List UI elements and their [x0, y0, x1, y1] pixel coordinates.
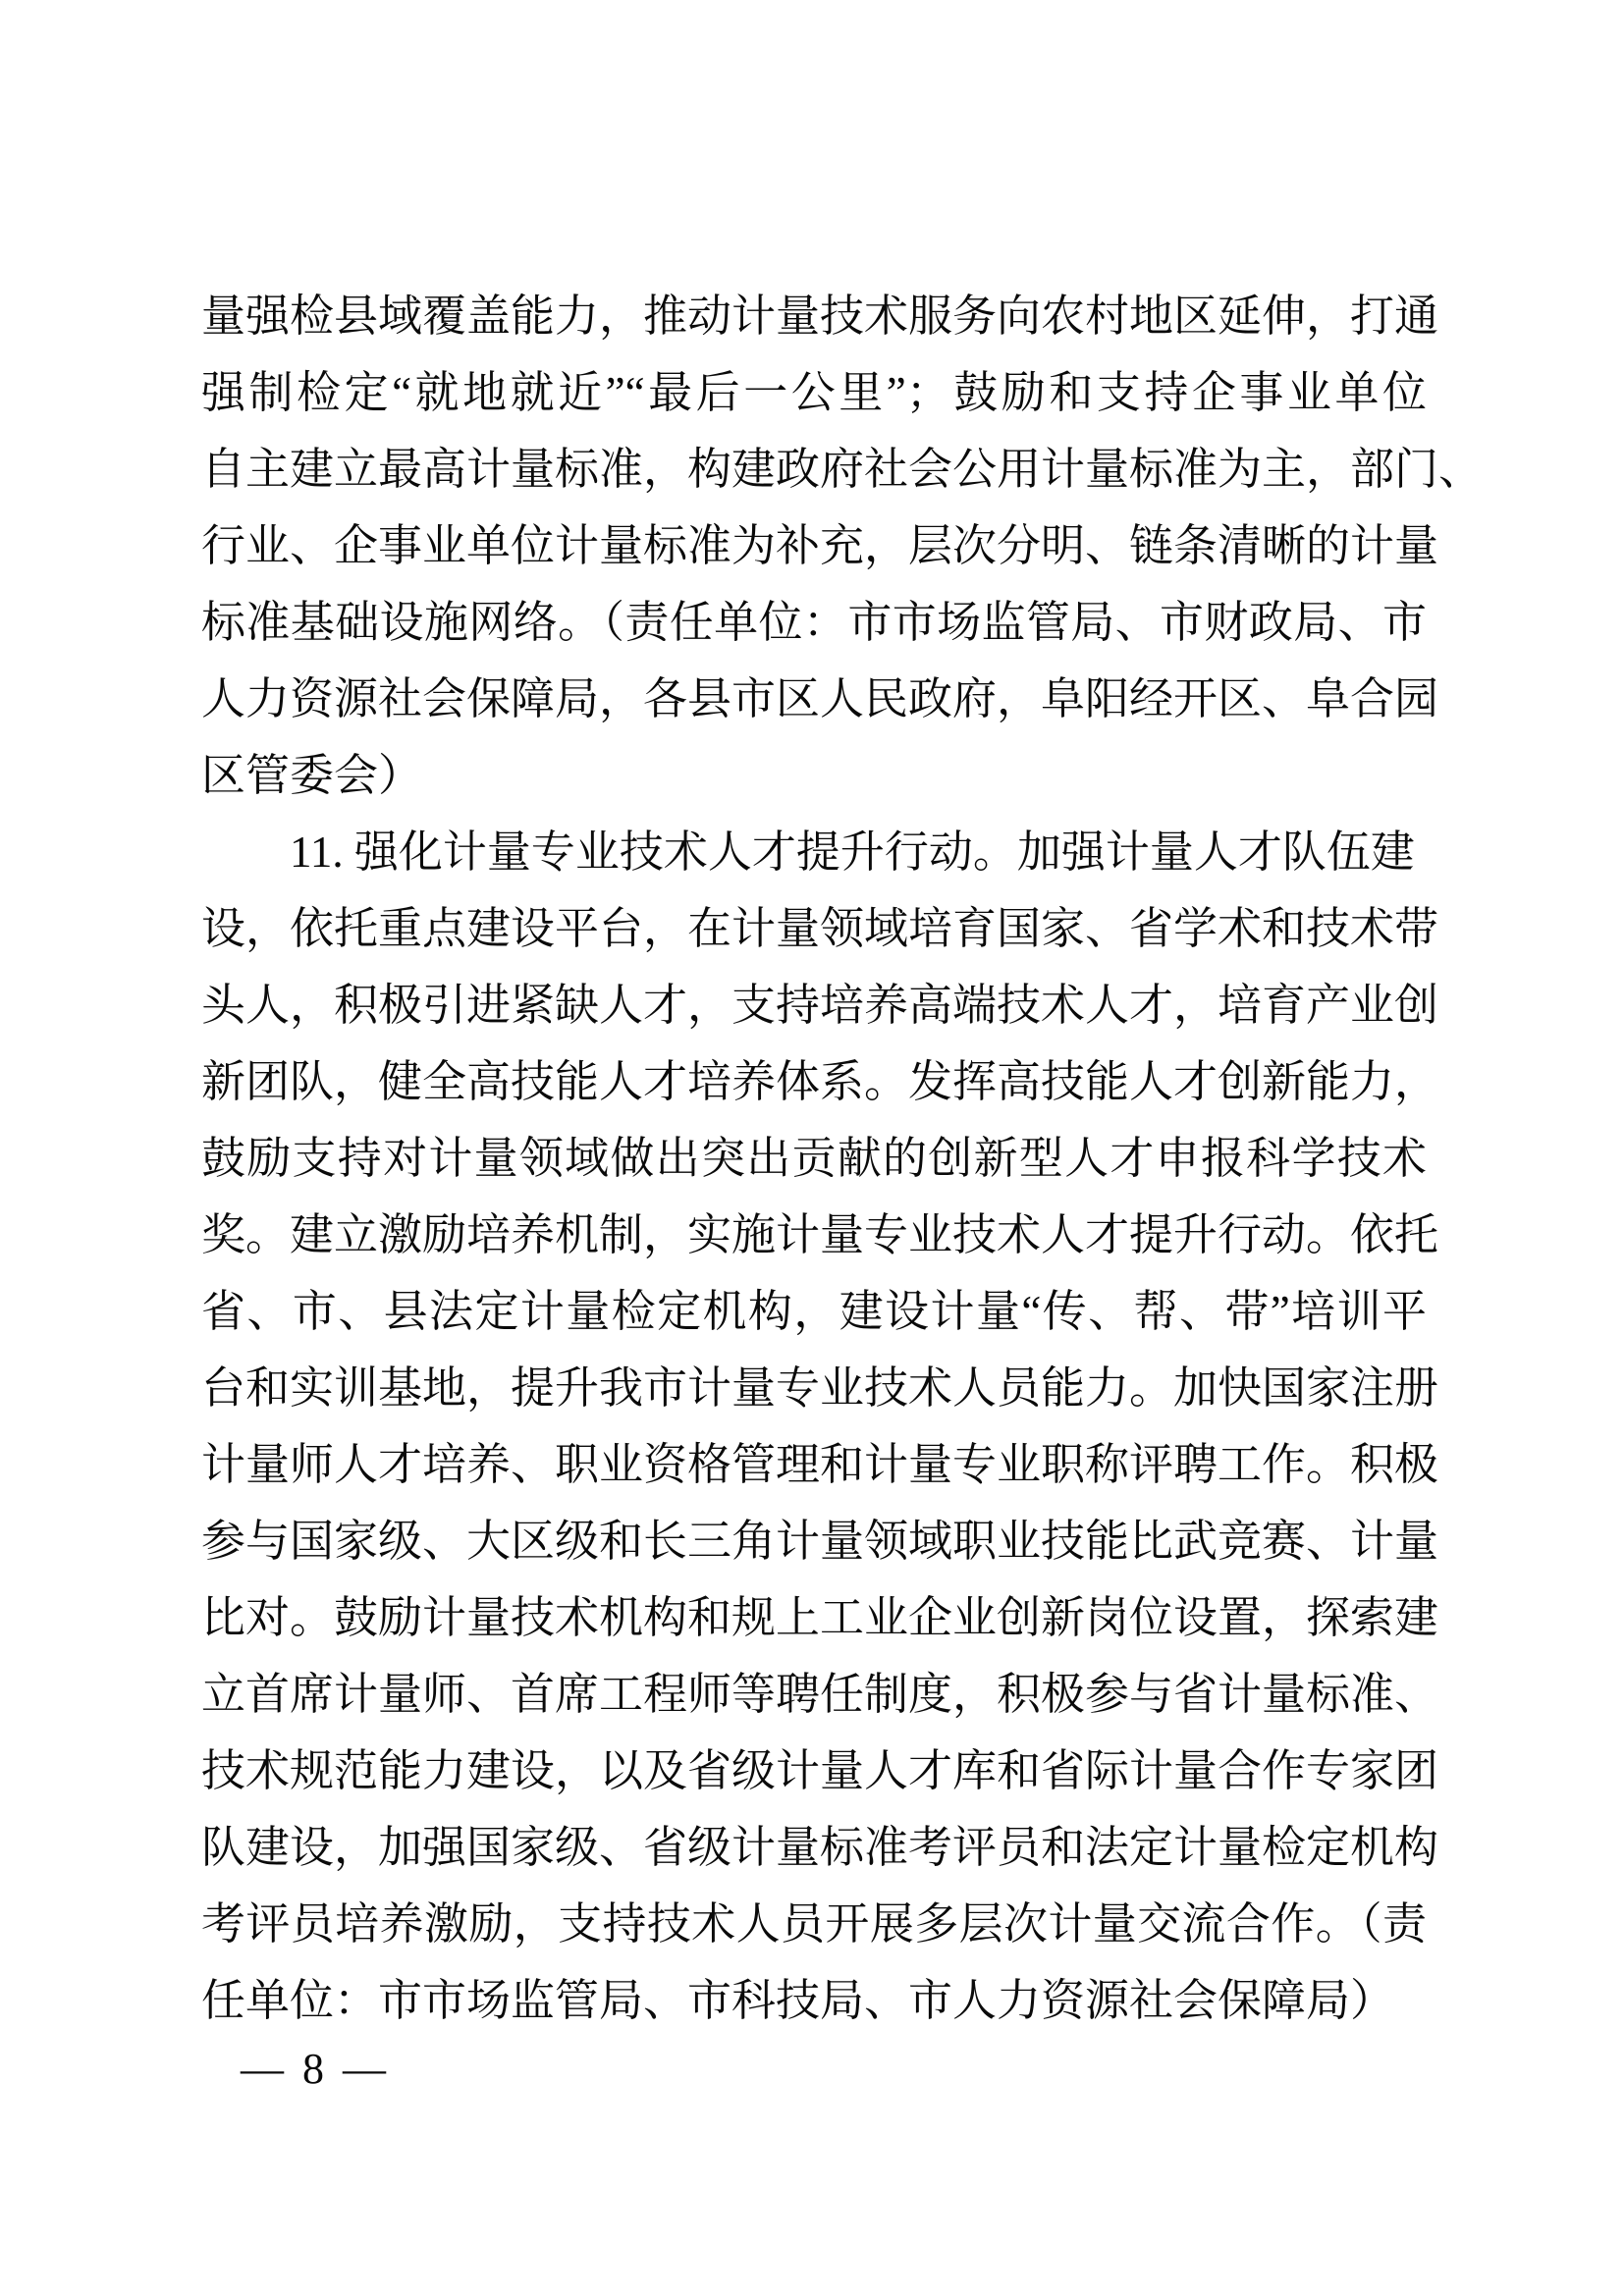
text-line: 计量师人才培养、职业资格管理和计量专业职称评聘工作。积极	[201, 1426, 1427, 1503]
text-line: 台和实训基地，提升我市计量专业技术人员能力。加快国家注册	[201, 1350, 1427, 1426]
text-line: 奖。建立激励培养机制，实施计量专业技术人才提升行动。依托	[201, 1197, 1427, 1273]
text-line: 队建设，加强国家级、省级计量标准考评员和法定计量检定机构	[201, 1809, 1427, 1886]
text-line: 考评员培养激励，支持技术人员开展多层次计量交流合作。（责	[201, 1886, 1427, 1962]
text-line: 设，依托重点建设平台，在计量领域培育国家、省学术和技术带	[201, 890, 1427, 967]
text-line: 区管委会）	[201, 737, 1427, 814]
text-line: 立首席计量师、首席工程师等聘任制度，积极参与省计量标准、	[201, 1656, 1427, 1733]
text-line: 人力资源社会保障局，各县市区人民政府，阜阳经开区、阜合园	[201, 661, 1427, 737]
text-line: 参与国家级、大区级和长三角计量领域职业技能比武竞赛、计量	[201, 1503, 1427, 1579]
text-line: 强制检定“就地就近”“最后一公里”；鼓励和支持企事业单位	[201, 354, 1427, 431]
text-line-paragraph-end: 任单位：市市场监管局、市科技局、市人力资源社会保障局）	[201, 1962, 1427, 2039]
page-number: — 8 —	[241, 2042, 390, 2097]
text-line: 鼓励支持对计量领域做出突出贡献的创新型人才申报科学技术	[201, 1120, 1427, 1197]
text-line: 标准基础设施网络。（责任单位：市市场监管局、市财政局、市	[201, 584, 1427, 661]
text-line: 技术规范能力建设，以及省级计量人才库和省际计量合作专家团	[201, 1733, 1427, 1809]
text-line-paragraph-start: 11. 强化计量专业技术人才提升行动。加强计量人才队伍建	[201, 814, 1427, 890]
text-line: 头人，积极引进紧缺人才，支持培养高端技术人才，培育产业创	[201, 967, 1427, 1043]
text-line: 量强检县域覆盖能力，推动计量技术服务向农村地区延伸，打通	[201, 278, 1427, 354]
text-line: 行业、企事业单位计量标准为补充，层次分明、链条清晰的计量	[201, 507, 1427, 584]
document-page: 量强检县域覆盖能力，推动计量技术服务向农村地区延伸，打通 强制检定“就地就近”“…	[0, 0, 1624, 2296]
text-line: 新团队，健全高技能人才培养体系。发挥高技能人才创新能力，	[201, 1043, 1427, 1120]
text-line: 自主建立最高计量标准，构建政府社会公用计量标准为主，部门、	[201, 431, 1427, 507]
text-line: 比对。鼓励计量技术机构和规上工业企业创新岗位设置，探索建	[201, 1579, 1427, 1656]
text-line: 省、市、县法定计量检定机构，建设计量“传、帮、带”培训平	[201, 1273, 1427, 1350]
document-body: 量强检县域覆盖能力，推动计量技术服务向农村地区延伸，打通 强制检定“就地就近”“…	[201, 278, 1427, 2039]
